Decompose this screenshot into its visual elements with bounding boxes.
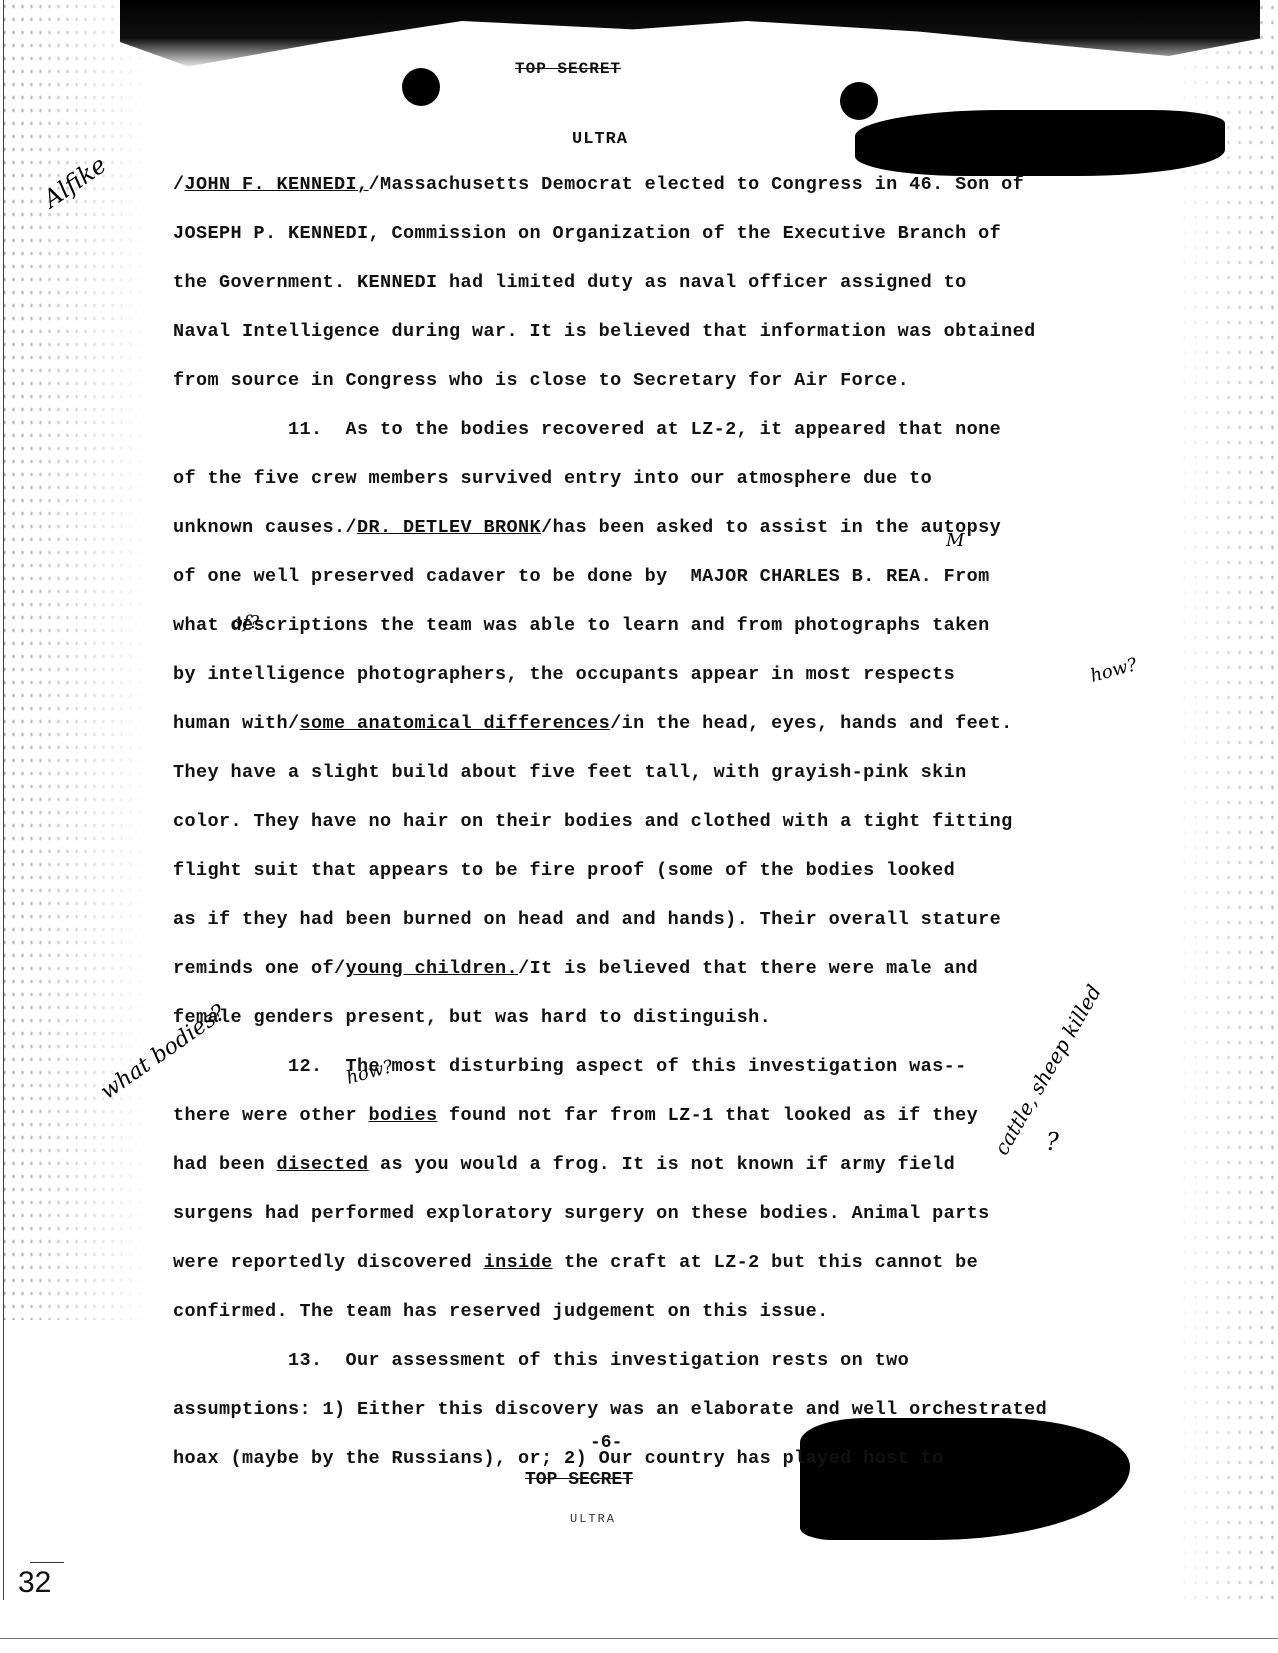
text-line: unknown causes./DR. DETLEV BRONK/has bee… [173,503,1133,552]
scan-bottom-line [0,1638,1278,1639]
text-line: female genders present, but was hard to … [173,993,1133,1042]
underlined-name: DR. DETLEV BRONK [357,517,541,538]
text-line: what descriptions the team was able to l… [173,601,1133,650]
text-line: /JOHN F. KENNEDI,/Massachusetts Democrat… [173,160,1133,209]
text-line: by intelligence photographers, the occup… [173,650,1133,699]
paragraph-11-start: 11. As to the bodies recovered at LZ-2, … [173,405,1133,454]
text-line: were reportedly discovered inside the cr… [173,1238,1133,1287]
underlined-word: bodies [369,1105,438,1126]
underlined-word: inside [484,1252,553,1273]
text-line: the Government. KENNEDI had limited duty… [173,258,1133,307]
text-line: JOSEPH P. KENNEDI, Commission on Organiz… [173,209,1133,258]
text-line: of the five crew members survived entry … [173,454,1133,503]
punch-hole-right [840,82,878,120]
text-line: color. They have no hair on their bodies… [173,797,1133,846]
text-line: They have a slight build about five feet… [173,748,1133,797]
paragraph-12-start: 12. The most disturbing aspect of this i… [173,1042,1133,1091]
underlined-name: JOHN F. KENNEDI, [185,174,369,195]
paragraph-13-start: 13. Our assessment of this investigation… [173,1336,1133,1385]
handwritten-note-initial: M [946,530,964,551]
classification-struck-top: TOP SECRET [515,60,621,78]
text-line: hoax (maybe by the Russians), or; 2) Our… [173,1434,1133,1483]
text-line: of one well preserved cadaver to be done… [173,552,1133,601]
handwritten-note-of: of? [232,612,259,633]
text-line: human with/some anatomical differences/i… [173,699,1133,748]
punch-hole-left [402,68,440,106]
text-line: from source in Congress who is close to … [173,356,1133,405]
scan-dark-smear-top [120,0,1260,70]
text-line: confirmed. The team has reserved judgeme… [173,1287,1133,1336]
codeword-bottom-faint: ULTRA [570,1512,616,1526]
page-number: -6- [590,1433,622,1453]
text-line: surgens had performed exploratory surger… [173,1189,1133,1238]
text-line: reminds one of/young children./It is bel… [173,944,1133,993]
text-line: Naval Intelligence during war. It is bel… [173,307,1133,356]
text-line: flight suit that appears to be fire proo… [173,846,1133,895]
codeword-top: ULTRA [572,130,628,149]
text-line: assumptions: 1) Either this discovery wa… [173,1385,1133,1434]
scan-noise-right [1168,0,1278,1600]
archive-page-stamp: 32 [18,1566,51,1600]
document-page: TOP SECRET ULTRA /JOHN F. KENNEDI,/Massa… [0,0,1278,1653]
underlined-word: disected [277,1154,369,1175]
document-body: /JOHN F. KENNEDI,/Massachusetts Democrat… [173,160,1133,1483]
text-line: there were other bodies found not far fr… [173,1091,1133,1140]
underlined-phrase: young children. [346,958,519,979]
underlined-phrase: some anatomical differences [300,713,611,734]
handwritten-question-mark: ? [1046,1128,1059,1156]
text-line: as if they had been burned on head and a… [173,895,1133,944]
classification-struck-bottom: TOP SECRET [525,1470,633,1490]
